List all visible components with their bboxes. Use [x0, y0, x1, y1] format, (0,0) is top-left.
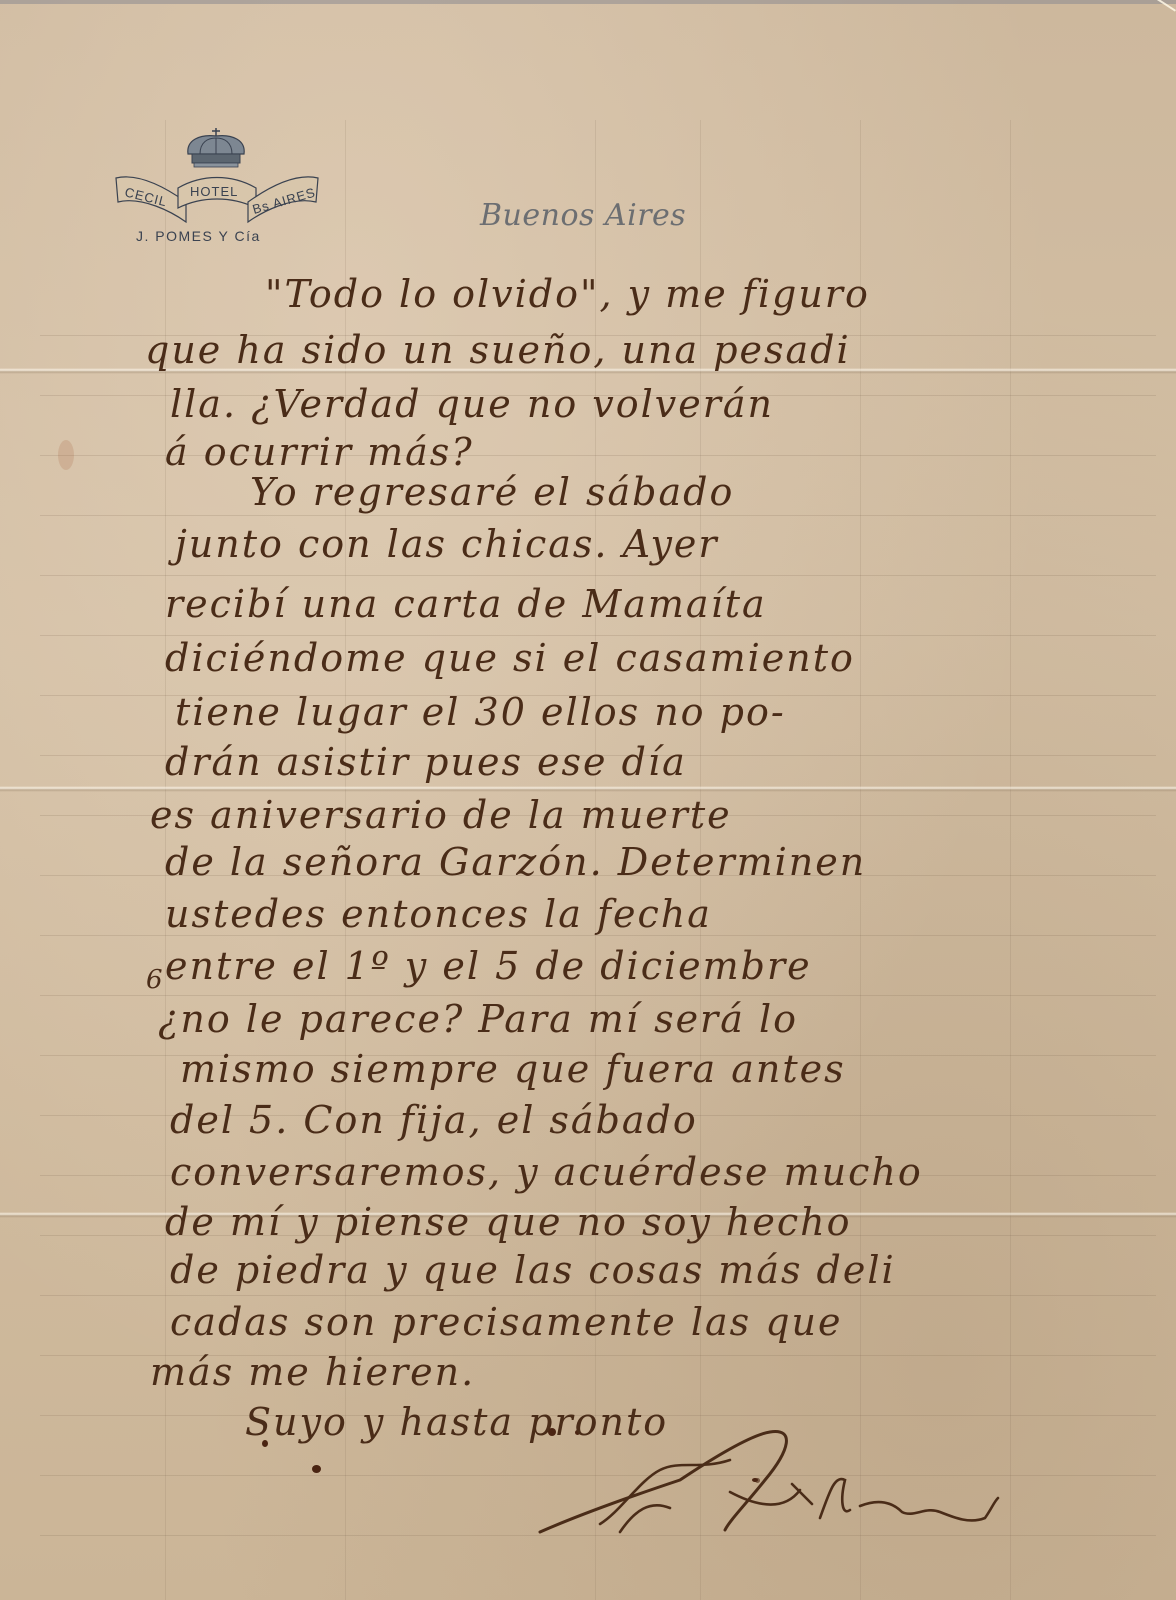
- letter-line: "Todo lo olvido", y me figuro: [265, 272, 870, 316]
- letter-line: ¿no le parece? Para mí será lo: [158, 997, 798, 1041]
- letter-line: diciéndome que si el casamiento: [165, 636, 855, 680]
- letter-line: mismo siempre que fuera antes: [180, 1047, 846, 1091]
- letter-line: junto con las chicas. Ayer: [175, 522, 719, 566]
- letter-line: Yo regresaré el sábado: [250, 470, 734, 514]
- letter-line: tiene lugar el 30 ellos no po-: [175, 690, 786, 734]
- letter-line: cadas son precisamente las que: [170, 1300, 843, 1344]
- letter-line: más me hieren.: [150, 1350, 475, 1394]
- signature: [530, 1420, 1010, 1550]
- letterhead: CECIL HOTEL Bs AIRES J. POMES Y Cía: [112, 128, 322, 248]
- letter-line: de la señora Garzón. Determinen: [165, 840, 866, 884]
- letter-page: CECIL HOTEL Bs AIRES J. POMES Y Cía Buen…: [0, 0, 1176, 1600]
- scan-edge: [0, 0, 1176, 4]
- letter-line: de mí y piense que no soy hecho: [165, 1200, 852, 1244]
- company-name: J. POMES Y Cía: [136, 228, 261, 244]
- letter-line: lla. ¿Verdad que no volverán: [170, 382, 774, 426]
- city-heading: Buenos Aires: [480, 198, 686, 233]
- signature-flourish: [530, 1420, 1010, 1550]
- margin-mark: 6: [146, 965, 163, 995]
- fold-crease: [0, 786, 1176, 792]
- letter-line: ustedes entonces la fecha: [165, 892, 712, 936]
- letter-line: recibí una carta de Mamaíta: [165, 582, 767, 626]
- stain: [58, 440, 74, 470]
- letter-line: á ocurrir más?: [165, 430, 474, 474]
- hotel-ribbon: CECIL HOTEL Bs AIRES: [112, 172, 322, 224]
- letter-line: del 5. Con fija, el sábado: [170, 1098, 698, 1142]
- svg-text:HOTEL: HOTEL: [190, 184, 238, 199]
- crown-icon: [180, 128, 252, 170]
- letter-line: entre el 1º y el 5 de diciembre: [165, 944, 812, 988]
- letter-line: que ha sido un sueño, una pesadi: [145, 328, 851, 372]
- letter-line: drán asistir pues ese día: [165, 740, 687, 784]
- ink-blot: [312, 1465, 321, 1473]
- letter-line: conversaremos, y acuérdese mucho: [170, 1150, 923, 1194]
- letter-line: es aniversario de la muerte: [150, 793, 732, 837]
- letter-line: de piedra y que las cosas más deli: [170, 1248, 896, 1292]
